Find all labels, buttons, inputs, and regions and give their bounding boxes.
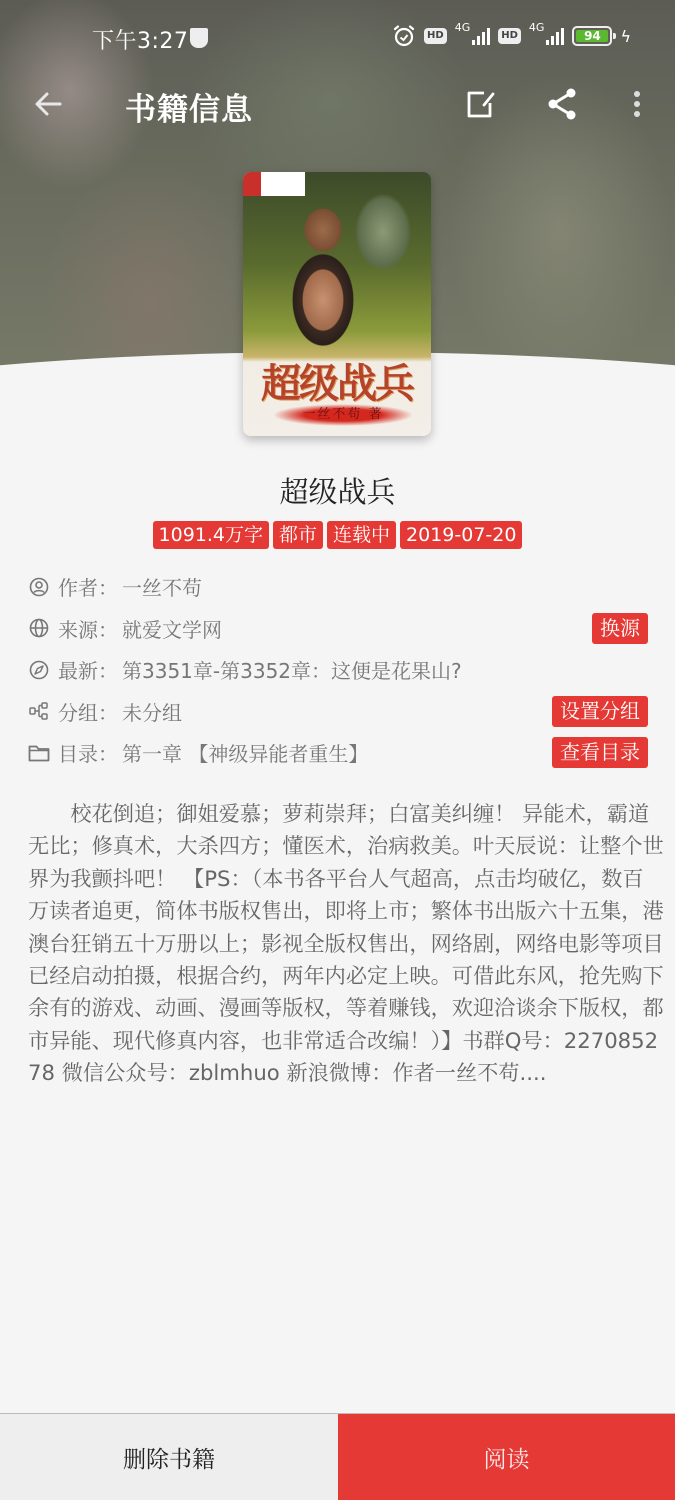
group-icon — [28, 700, 50, 722]
charging-icon: ϟ — [620, 27, 631, 46]
tag-word-count: 1091.4万字 — [153, 521, 269, 549]
alarm-icon — [392, 24, 416, 48]
signal-icon — [546, 27, 564, 45]
toc-label: 目录： — [58, 738, 118, 767]
hd-icon: HD — [424, 28, 447, 44]
author-value: 一丝不苟 — [122, 572, 202, 601]
folder-icon — [28, 742, 50, 764]
status-icons: HD 4G HD 4G 94 ϟ — [392, 24, 631, 48]
network-type: 4G — [529, 23, 545, 33]
book-cover[interactable]: 超级战兵 一丝不苟 著 — [243, 172, 431, 436]
bottom-action-bar: 删除书籍 阅读 — [0, 1413, 675, 1500]
info-row-author: 作者： 一丝不苟 — [28, 566, 650, 608]
author-label: 作者： — [58, 572, 118, 601]
compass-icon — [28, 659, 50, 681]
toc-value: 第一章 【神级异能者重生】 — [122, 738, 368, 767]
globe-icon — [28, 617, 50, 639]
book-tags: 1091.4万字 都市 连载中 2019-07-20 — [0, 521, 675, 549]
hd-icon: HD — [498, 28, 521, 44]
share-button[interactable] — [543, 84, 583, 124]
back-button[interactable] — [28, 84, 68, 124]
cover-title: 超级战兵 — [243, 352, 431, 409]
change-source-button[interactable]: 换源 — [592, 613, 648, 644]
tag-status: 连载中 — [327, 521, 396, 549]
view-toc-button[interactable]: 查看目录 — [552, 737, 648, 768]
cover-art-figure — [283, 200, 363, 350]
info-row-group: 分组： 未分组 设置分组 — [28, 691, 650, 733]
toolbar: 书籍信息 — [0, 74, 675, 134]
tag-update-date: 2019-07-20 — [400, 521, 522, 549]
delete-book-button[interactable]: 删除书籍 — [0, 1414, 338, 1500]
more-options-button[interactable] — [617, 84, 657, 124]
source-label: 来源： — [58, 614, 118, 643]
source-value: 就爱文学网 — [122, 614, 222, 643]
battery-icon: 94 — [572, 26, 612, 46]
book-intro: 校花倒追；御姐爱慕；萝莉崇拜；白富美纠缠！ 异能术，霸道无比；修真术，大杀四方；… — [28, 798, 664, 1090]
cover-author: 一丝不苟 著 — [273, 404, 413, 426]
person-icon — [28, 576, 50, 598]
network-type: 4G — [455, 23, 471, 33]
battery-level: 94 — [576, 30, 608, 42]
notification-icon — [190, 28, 208, 48]
status-time: 下午3:27 — [92, 24, 188, 55]
info-row-toc: 目录： 第一章 【神级异能者重生】 查看目录 — [28, 732, 650, 774]
signal-icon — [472, 27, 490, 45]
more-vert-icon — [617, 84, 657, 124]
edit-button[interactable] — [460, 84, 500, 124]
tag-category: 都市 — [273, 521, 323, 549]
share-icon — [543, 84, 583, 124]
set-group-button[interactable]: 设置分组 — [552, 696, 648, 727]
book-title: 超级战兵 — [0, 470, 675, 511]
edit-icon — [460, 84, 500, 124]
status-bar: 下午3:27 HD 4G HD 4G 94 ϟ — [0, 18, 675, 58]
group-label: 分组： — [58, 697, 118, 726]
arrow-back-icon — [28, 84, 68, 124]
page-title: 书籍信息 — [125, 84, 253, 129]
book-info-list: 作者： 一丝不苟 来源： 就爱文学网 换源 最新： 第3351章-第3352章：… — [28, 566, 650, 774]
info-row-source: 来源： 就爱文学网 换源 — [28, 608, 650, 650]
latest-label: 最新： — [58, 655, 118, 684]
latest-chapter-value: 第3351章-第3352章：这便是花果山? — [122, 655, 462, 684]
info-row-latest: 最新： 第3351章-第3352章：这便是花果山? — [28, 649, 650, 691]
read-button[interactable]: 阅读 — [338, 1414, 675, 1500]
cover-publisher-logo — [243, 172, 305, 196]
group-value: 未分组 — [122, 697, 182, 726]
